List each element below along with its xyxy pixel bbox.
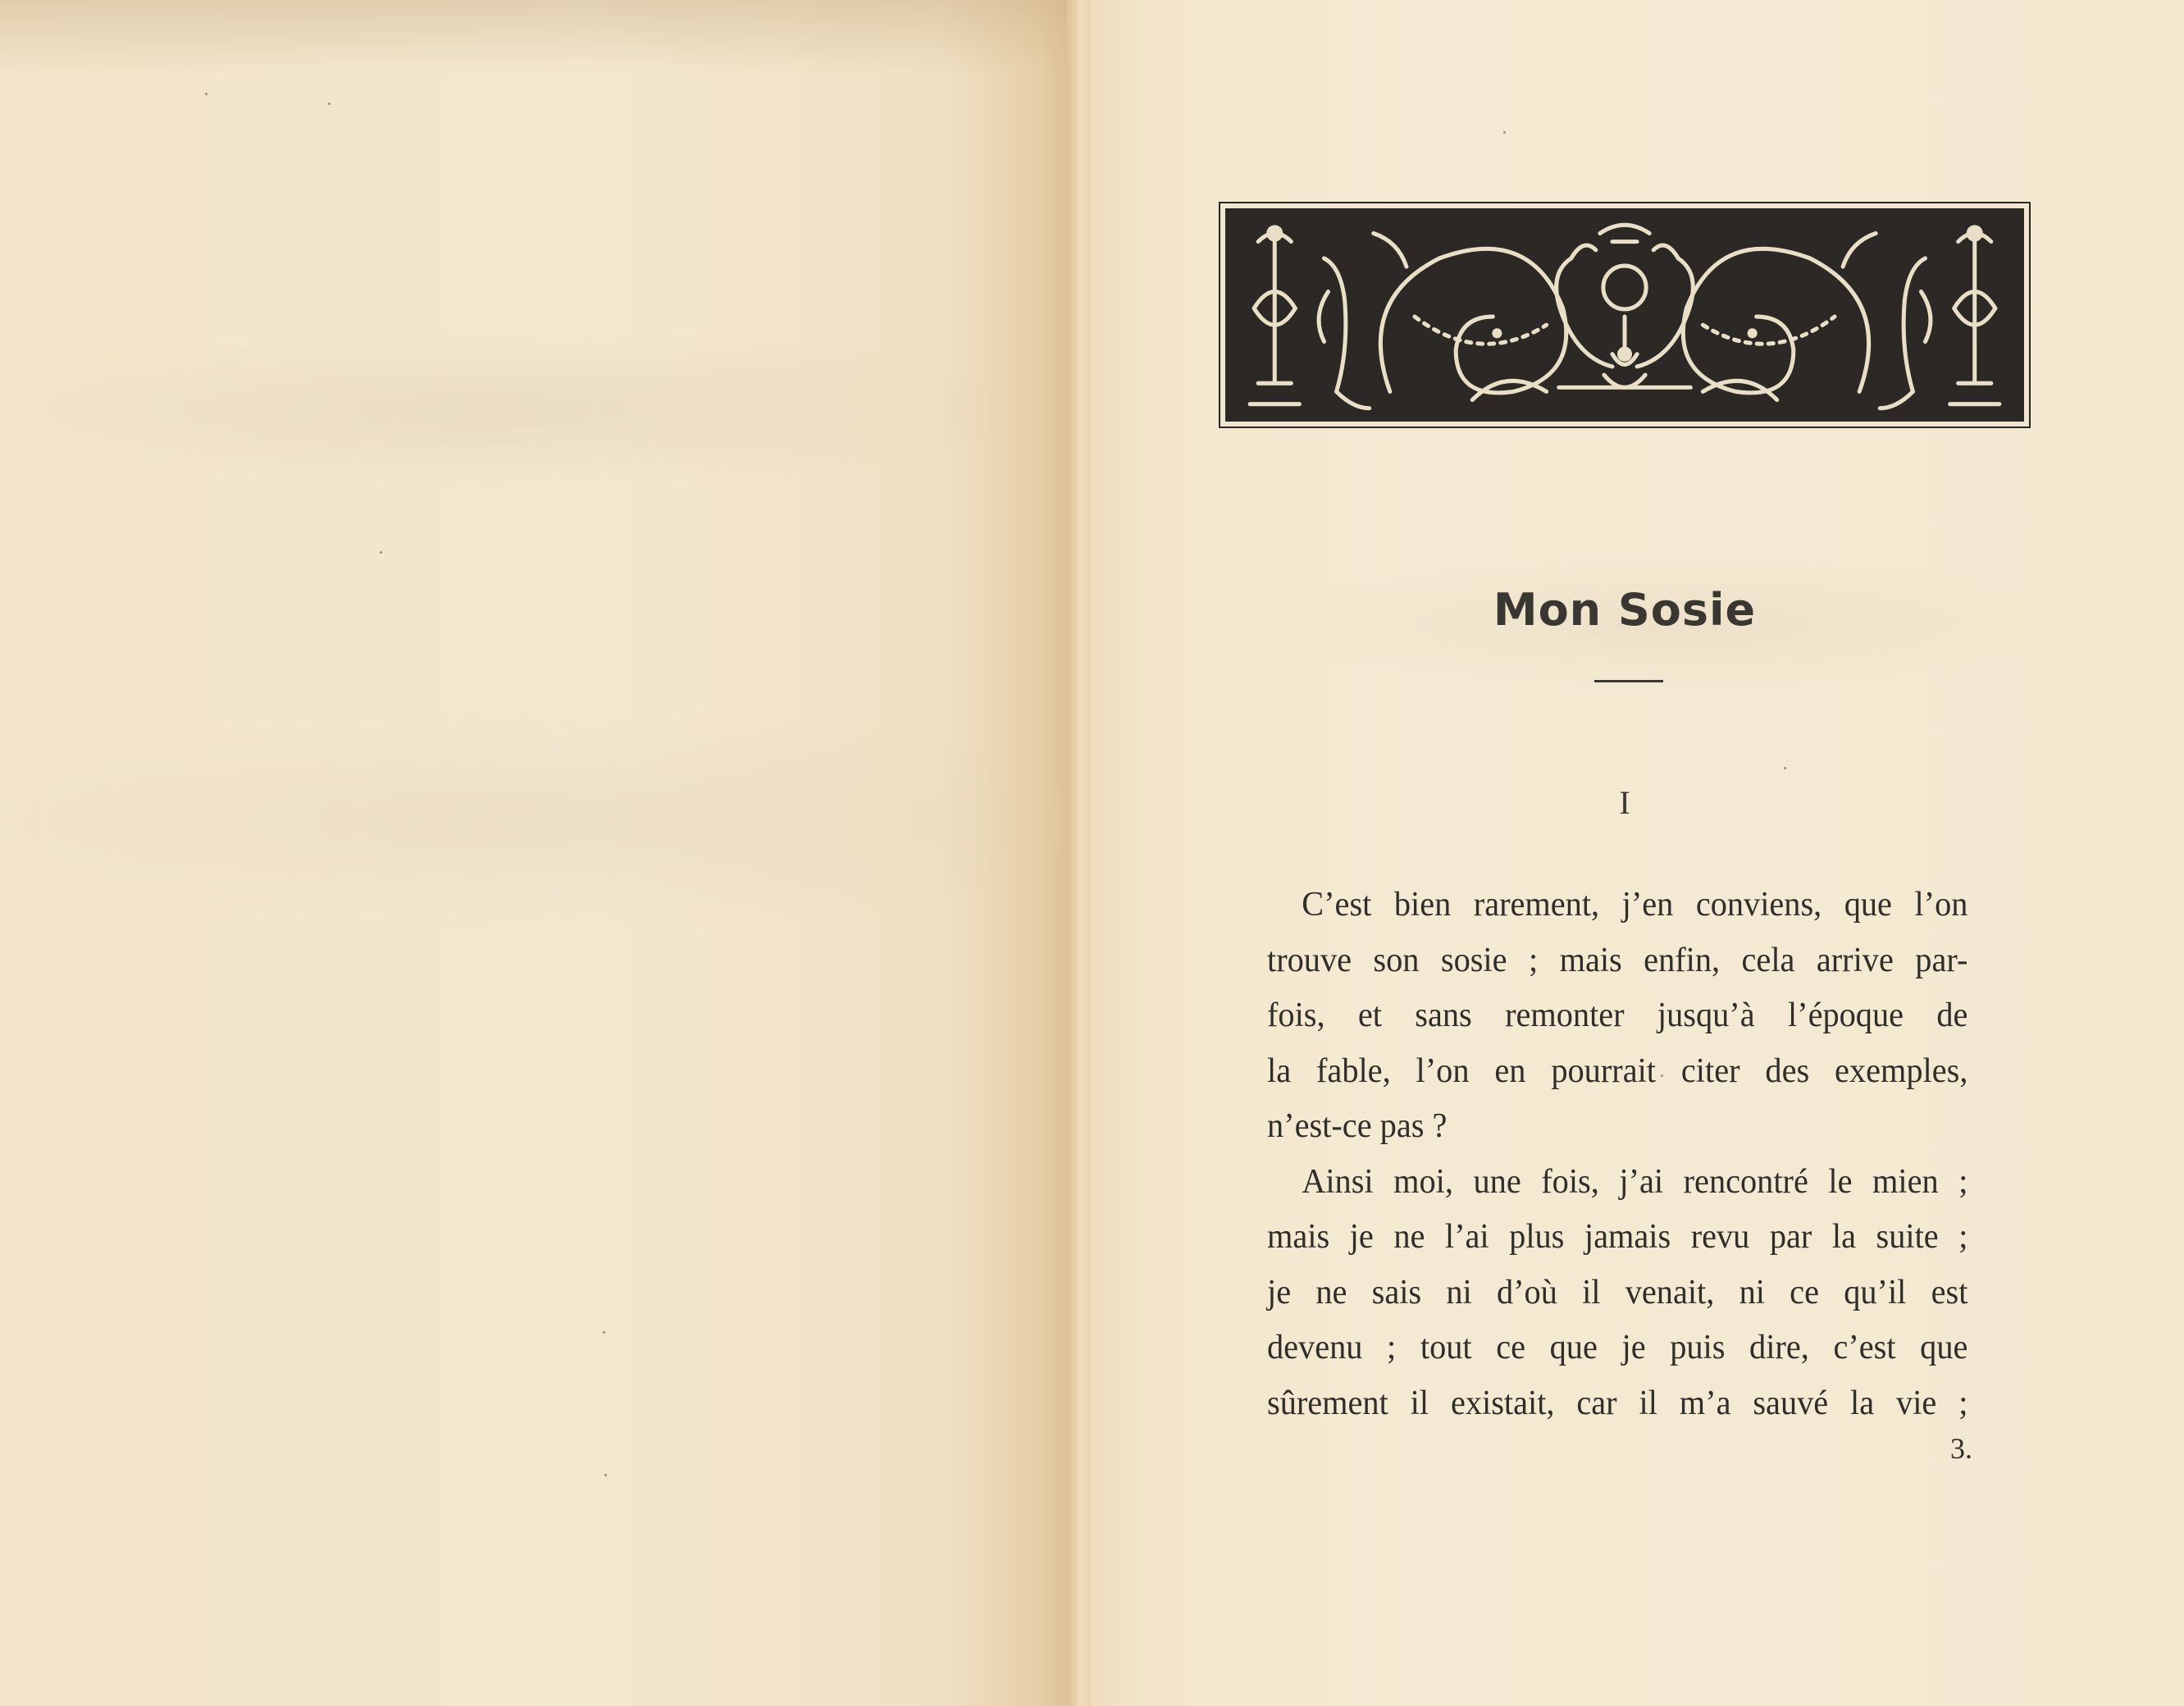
text-line: trouve son sosie ; mais enfin, cela arri… [1267,933,1967,989]
text-line: mais je ne l’ai plus jamais revu par la … [1267,1210,1967,1266]
left-page-blank [0,0,1070,1706]
section-numeral: I [1219,783,2031,822]
paper-speck [1503,131,1506,134]
title-divider-rule [1594,680,1663,682]
body-text: C’est bien rarement, j’en conviens, que … [1267,878,1967,1431]
text-line: devenu ; tout ce que je puis dire, c’est… [1267,1321,1967,1376]
ornamental-headpiece-icon [1219,202,2031,428]
text-line: fois, et sans remonter jusqu’à l’époque … [1267,988,1967,1044]
text-line: je ne sais ni d’où il venait, ni ce qu’i… [1267,1266,1967,1321]
paper-speck [603,1331,605,1334]
text-line: sûrement il existait, car il m’a sauvé l… [1267,1376,1967,1432]
paper-speck [205,93,207,95]
paper-speck [328,103,331,105]
paper-speck [380,551,382,554]
paper-speck [1784,767,1786,769]
paper-speck [1661,1074,1663,1077]
text-line: Ainsi moi, une fois, j’ai rencontré le m… [1267,1155,1967,1211]
text-line: n’est-ce pas ? [1267,1099,1967,1155]
text-line: la fable, l’on en pourrait citer des exe… [1267,1044,1967,1100]
text-line: C’est bien rarement, j’en conviens, que … [1267,878,1967,933]
chapter-title: Mon Sosie [1219,584,2031,636]
book-gutter [1066,0,1091,1706]
paper-speck [604,1474,607,1476]
page-number: 3. [1950,1431,1972,1466]
ornament-engraving-icon [1225,208,2024,422]
